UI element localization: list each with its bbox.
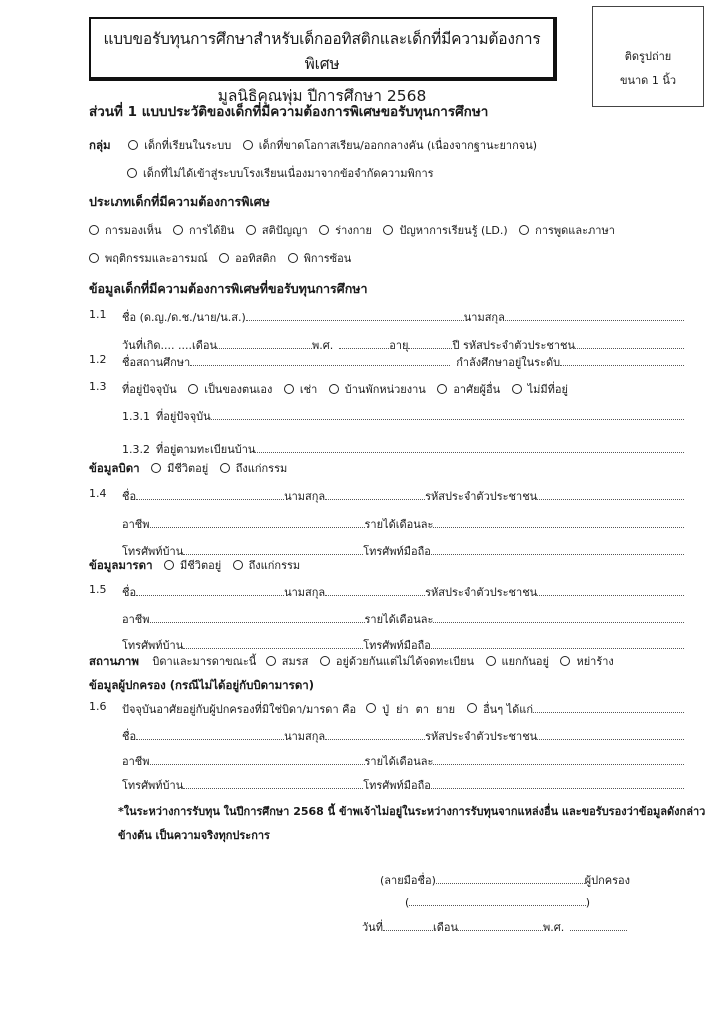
mother-name-field[interactable] — [136, 585, 284, 596]
photo-label: ติดรูปถ่าย — [593, 47, 703, 65]
guardian-name-row: ชื่อ นามสกุล รหัสประจำตัวประชาชน — [122, 727, 684, 745]
mother-surname-label: นามสกุล — [284, 583, 325, 601]
sign-year-field[interactable] — [570, 920, 627, 931]
sn-intellect-label: สติปัญญา — [262, 224, 308, 237]
child-id-field[interactable] — [575, 338, 684, 349]
marital-cohabit-label: อยู่ด้วยกันแต่ไม่ได้จดทะเบียน — [336, 655, 474, 668]
father-mobile-label: โทรศัพท์มือถือ — [363, 542, 431, 560]
father-status-row: ข้อมูลบิดา มีชีวิตอยู่ ถึงแก่กรรม — [89, 459, 295, 478]
marital-cohabit-radio[interactable] — [320, 656, 330, 666]
guardian-name-label: ชื่อ — [122, 727, 136, 745]
sn-physical-label: ร่างกาย — [335, 224, 372, 237]
mother-id-label: รหัสประจำตัวประชาชน — [425, 583, 537, 601]
child-info-heading: ข้อมูลเด็กที่มีความต้องการพิเศษที่ขอรับท… — [89, 279, 368, 299]
father-occupation-label: อาชีพ — [122, 515, 150, 533]
part1-title: ส่วนที่ 1 แบบประวัติของเด็กที่มีความต้อง… — [89, 100, 488, 122]
marital-married-radio[interactable] — [266, 656, 276, 666]
form-title-line1: แบบขอรับทุนการศึกษาสำหรับเด็กออทิสติกและ… — [91, 26, 553, 76]
close-paren: ) — [586, 896, 590, 909]
sn-speech-radio[interactable] — [519, 225, 529, 235]
father-surname-field[interactable] — [325, 489, 425, 500]
sn-ld-label: ปัญหาการเรียนรู้ (LD.) — [399, 224, 507, 237]
marital-married-label: สมรส — [282, 655, 309, 668]
school-field[interactable] — [190, 355, 450, 366]
guardian-surname-field[interactable] — [325, 729, 425, 740]
item-number-1-3-1: 1.3.1 — [122, 410, 150, 423]
group-option-2-radio[interactable] — [127, 168, 137, 178]
item-number-1-3: 1.3 — [89, 380, 107, 393]
sign-day-field[interactable] — [383, 920, 433, 931]
father-income-label: รายได้เดือนละ — [365, 515, 434, 533]
father-occupation-field[interactable] — [150, 517, 365, 528]
photo-placeholder-box: ติดรูปถ่าย ขนาด 1 นิ้ว — [592, 6, 704, 107]
group-option-2-label: เด็กที่ไม่ได้เข้าสู่ระบบโรงเรียนเนื่องมา… — [143, 167, 434, 180]
mother-occupation-row: อาชีพ รายได้เดือนละ — [122, 610, 684, 628]
address-none-radio[interactable] — [512, 384, 522, 394]
marital-divorced-radio[interactable] — [560, 656, 570, 666]
sn-autism-radio[interactable] — [219, 253, 229, 263]
guardian-id-label: รหัสประจำตัวประชาชน — [425, 727, 537, 745]
special-needs-heading: ประเภทเด็กที่มีความต้องการพิเศษ — [89, 192, 270, 212]
declaration-line2: ข้างต้น เป็นความจริงทุกประการ — [118, 824, 718, 848]
guardian-phone-row: โทรศัพท์บ้าน โทรศัพท์มือถือ — [122, 776, 684, 794]
signature-label: (ลายมือชื่อ) — [380, 871, 436, 889]
sn-intellect-radio[interactable] — [246, 225, 256, 235]
printed-name-row: ( ) — [405, 895, 590, 909]
father-home-phone-field[interactable] — [183, 544, 363, 555]
guardian-occupation-field[interactable] — [150, 754, 365, 765]
marital-prefix: บิดาและมารดาขณะนี้ — [152, 655, 256, 668]
mother-income-field[interactable] — [433, 612, 684, 623]
guardian-other-radio[interactable] — [467, 703, 477, 713]
mother-surname-field[interactable] — [325, 585, 425, 596]
mother-id-field[interactable] — [537, 585, 684, 596]
birth-year-field[interactable] — [339, 338, 389, 349]
age-field[interactable] — [408, 338, 452, 349]
sign-month-label: เดือน — [433, 918, 458, 936]
guardian-other-field[interactable] — [533, 702, 684, 713]
address-rent-label: เช่า — [300, 383, 317, 396]
mother-name-row: ชื่อ นามสกุล รหัสประจำตัวประชาชน — [122, 583, 684, 601]
marital-separated-label: แยกกันอยู่ — [502, 655, 549, 668]
special-needs-row1: การมองเห็น การได้ยิน สติปัญญา ร่างกาย ปั… — [89, 221, 623, 239]
address-none-label: ไม่มีที่อยู่ — [528, 383, 568, 396]
child-birth-row: วันที่เกิด.... ....เดือน พ.ศ. อายุ ปี รห… — [122, 336, 684, 354]
sn-speech-label: การพูดและภาษา — [535, 224, 615, 237]
father-name-row: ชื่อ นามสกุล รหัสประจำตัวประชาชน — [122, 487, 684, 505]
current-address-field[interactable] — [211, 409, 684, 420]
item-number-1-1: 1.1 — [89, 308, 107, 321]
signature-row: (ลายมือชื่อ) ผู้ปกครอง — [380, 871, 630, 889]
father-id-field[interactable] — [537, 489, 684, 500]
guardian-id-field[interactable] — [537, 729, 684, 740]
marital-status-row: สถานภาพ บิดาและมารดาขณะนี้ สมรส อยู่ด้วย… — [89, 652, 622, 671]
signature-role: ผู้ปกครอง — [585, 871, 630, 889]
marital-divorced-label: หย่าร้าง — [576, 655, 613, 668]
father-occupation-row: อาชีพ รายได้เดือนละ — [122, 515, 684, 533]
mother-name-label: ชื่อ — [122, 583, 136, 601]
address-staff-housing-radio[interactable] — [329, 384, 339, 394]
child-name-label: ชื่อ (ด.ญ./ด.ช./นาย/น.ส.) — [122, 308, 246, 326]
age-label: อายุ — [389, 336, 408, 354]
guardian-home-phone-label: โทรศัพท์บ้าน — [122, 776, 183, 794]
guardian-grandparent-radio[interactable] — [366, 703, 376, 713]
sn-behavior-radio[interactable] — [89, 253, 99, 263]
father-deceased-label: ถึงแก่กรรม — [236, 462, 288, 475]
mother-deceased-radio[interactable] — [233, 560, 243, 570]
mother-occupation-field[interactable] — [150, 612, 365, 623]
guardian-income-label: รายได้เดือนละ — [365, 752, 434, 770]
mother-mobile-field[interactable] — [431, 638, 684, 649]
father-name-label: ชื่อ — [122, 487, 136, 505]
sn-ld-radio[interactable] — [383, 225, 393, 235]
guardian-other-label: อื่นๆ ได้แก่ — [483, 700, 533, 718]
registered-address-label: ที่อยู่ตามทะเบียนบ้าน — [156, 440, 255, 458]
father-id-label: รหัสประจำตัวประชาชน — [425, 487, 537, 505]
item-number-1-3-2: 1.3.2 — [122, 443, 150, 456]
mother-deceased-label: ถึงแก่กรรม — [249, 559, 301, 572]
address-own-radio[interactable] — [188, 384, 198, 394]
sn-hearing-label: การได้ยิน — [189, 224, 234, 237]
level-field[interactable] — [560, 355, 684, 366]
child-surname-label: นามสกุล — [464, 308, 505, 326]
birth-day-month-label: วันที่เกิด.... ....เดือน — [122, 336, 217, 354]
item-number-1-4: 1.4 — [89, 487, 107, 500]
group-option-1-radio[interactable] — [243, 140, 253, 150]
guardian-grandparent-label: ปู่ ย่า ตา ยาย — [382, 700, 455, 718]
child-name-field[interactable] — [246, 310, 464, 321]
mother-status-row: ข้อมูลมารดา มีชีวิตอยู่ ถึงแก่กรรม — [89, 556, 308, 575]
child-name-row: ชื่อ (ด.ญ./ด.ช./นาย/น.ส.) นามสกุล — [122, 308, 684, 326]
registered-address-row: 1.3.2 ที่อยู่ตามทะเบียนบ้าน — [122, 440, 684, 458]
guardian-occupation-row: อาชีพ รายได้เดือนละ — [122, 752, 684, 770]
father-deceased-radio[interactable] — [220, 463, 230, 473]
address-type-row: ที่อยู่ปัจจุบัน เป็นของตนเอง เช่า บ้านพั… — [122, 380, 576, 398]
guardian-surname-label: นามสกุล — [284, 727, 325, 745]
form-title-box: แบบขอรับทุนการศึกษาสำหรับเด็กออทิสติกและ… — [89, 17, 557, 81]
guardian-question: ปัจจุบันอาศัยอยู่กับผู้ปกครองที่มิใช่บิด… — [122, 700, 356, 718]
father-surname-label: นามสกุล — [284, 487, 325, 505]
birth-month-field[interactable] — [217, 338, 312, 349]
sn-autism-label: ออทิสติก — [235, 252, 276, 265]
marital-separated-radio[interactable] — [486, 656, 496, 666]
father-name-field[interactable] — [136, 489, 284, 500]
guardian-occupation-label: อาชีพ — [122, 752, 150, 770]
father-alive-radio[interactable] — [151, 463, 161, 473]
birth-year-label: พ.ศ. — [312, 336, 333, 354]
address-others-label: อาศัยผู้อื่น — [453, 383, 500, 396]
signature-field[interactable] — [436, 873, 585, 884]
group-label: กลุ่ม — [89, 138, 111, 152]
sign-day-label: วันที่ — [362, 918, 383, 936]
father-income-field[interactable] — [433, 517, 684, 528]
photo-size-label: ขนาด 1 นิ้ว — [593, 71, 703, 89]
mother-alive-label: มีชีวิตอยู่ — [180, 559, 221, 572]
address-type-label: ที่อยู่ปัจจุบัน — [122, 383, 177, 396]
sn-physical-radio[interactable] — [319, 225, 329, 235]
sign-month-field[interactable] — [458, 920, 543, 931]
marital-heading: สถานภาพ — [89, 654, 139, 668]
father-heading: ข้อมูลบิดา — [89, 461, 140, 475]
father-alive-label: มีชีวิตอยู่ — [167, 462, 208, 475]
current-address-row: 1.3.1 ที่อยู่ปัจจุบัน — [122, 407, 684, 425]
group-option-0-label: เด็กที่เรียนในระบบ — [144, 139, 231, 152]
mother-home-phone-field[interactable] — [183, 638, 363, 649]
mother-heading: ข้อมูลมารดา — [89, 558, 153, 572]
printed-name-field[interactable] — [409, 895, 585, 906]
sn-hearing-radio[interactable] — [173, 225, 183, 235]
guardian-mobile-field[interactable] — [431, 778, 684, 789]
mother-income-label: รายได้เดือนละ — [365, 610, 434, 628]
address-own-label: เป็นของตนเอง — [204, 383, 272, 396]
address-staff-housing-label: บ้านพักหน่วยงาน — [345, 383, 426, 396]
sign-year-label: พ.ศ. — [543, 918, 564, 936]
group-row: กลุ่ม เด็กที่เรียนในระบบ เด็กที่ขาดโอกาส… — [89, 136, 545, 155]
school-label: ชื่อสถานศึกษา — [122, 353, 190, 371]
address-others-radio[interactable] — [437, 384, 447, 394]
guardian-relation-row: ปัจจุบันอาศัยอยู่กับผู้ปกครองที่มิใช่บิด… — [122, 700, 684, 718]
sn-multiple-radio[interactable] — [288, 253, 298, 263]
guardian-name-field[interactable] — [136, 729, 284, 740]
item-number-1-6: 1.6 — [89, 700, 107, 713]
mother-occupation-label: อาชีพ — [122, 610, 150, 628]
father-mobile-field[interactable] — [431, 544, 684, 555]
item-number-1-2: 1.2 — [89, 353, 107, 366]
group-option-1-label: เด็กที่ขาดโอกาสเรียน/ออกกลางคัน (เนื่องจ… — [259, 139, 537, 152]
item-number-1-5: 1.5 — [89, 583, 107, 596]
declaration-text: *ในระหว่างการรับทุน ในปีการศึกษา 2568 นี… — [118, 800, 718, 848]
school-row: ชื่อสถานศึกษา กำลังศึกษาอยู่ในระดับ — [122, 353, 684, 371]
group-option-0-radio[interactable] — [128, 140, 138, 150]
level-label: กำลังศึกษาอยู่ในระดับ — [456, 353, 560, 371]
guardian-home-phone-field[interactable] — [183, 778, 363, 789]
registered-address-field[interactable] — [255, 442, 684, 453]
guardian-income-field[interactable] — [433, 754, 684, 765]
sn-vision-label: การมองเห็น — [105, 224, 162, 237]
child-id-label: ปี รหัสประจำตัวประชาชน — [452, 336, 575, 354]
sn-behavior-label: พฤติกรรมและอารมณ์ — [105, 252, 208, 265]
mother-alive-radio[interactable] — [164, 560, 174, 570]
address-rent-radio[interactable] — [284, 384, 294, 394]
declaration-line1: *ในระหว่างการรับทุน ในปีการศึกษา 2568 นี… — [118, 800, 718, 824]
group-row-2: เด็กที่ไม่ได้เข้าสู่ระบบโรงเรียนเนื่องมา… — [127, 164, 442, 182]
special-needs-row2: พฤติกรรมและอารมณ์ ออทิสติก พิการซ้อน — [89, 249, 359, 267]
sn-multiple-label: พิการซ้อน — [304, 252, 352, 265]
guardian-heading: ข้อมูลผู้ปกครอง (กรณีไม่ได้อยู่กับบิดามา… — [89, 677, 314, 695]
child-surname-field[interactable] — [505, 310, 684, 321]
sn-vision-radio[interactable] — [89, 225, 99, 235]
sign-date-row: วันที่ เดือน พ.ศ. — [362, 918, 627, 936]
current-address-label: ที่อยู่ปัจจุบัน — [156, 407, 211, 425]
guardian-mobile-label: โทรศัพท์มือถือ — [363, 776, 431, 794]
